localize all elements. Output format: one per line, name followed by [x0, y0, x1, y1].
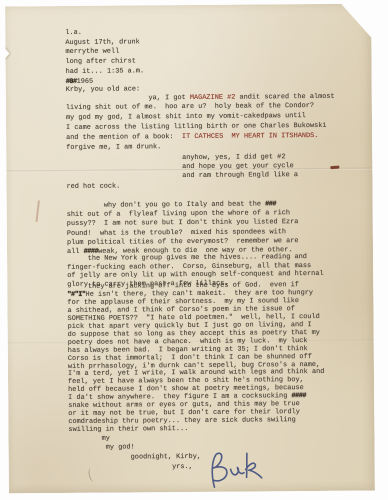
typed-text: forgive me, I am drunk.: [66, 143, 161, 152]
letter-paragraph-jacking: they are jacking off into the eyes of Go…: [67, 282, 325, 435]
typed-text: pussy?? I am not sure but I don't think …: [67, 219, 299, 229]
typed-text: of jelly are only lit up with enough sel…: [67, 270, 323, 280]
typed-text: August 17th, drunk: [65, 38, 139, 47]
typed-text: swilling in their own shit...: [68, 425, 188, 434]
letter-line: red hot cock.: [66, 182, 120, 192]
letter-paragraph-magazine: ya, I got MAGAZINE #2 andit scared the a…: [66, 92, 335, 154]
signature-buk: [202, 445, 269, 496]
typed-over-strikeout: ###: [265, 200, 276, 208]
letter-paragraph-italy: why don't you go to Italy and beat the #…: [67, 200, 299, 257]
letter-line: had it... 1:35 a.m.: [66, 67, 145, 77]
typed-text: and ram through Engld like a: [66, 172, 298, 182]
typed-text: yrs.,: [69, 463, 193, 472]
letter-line: and the mention of a book: IT CATHCES MY…: [66, 132, 335, 144]
typed-text: Krby, you old ace:: [66, 85, 140, 94]
typed-text: goodnight, Kirby,: [69, 453, 201, 462]
letter-closing: my god! goodnight, Kirby, yrs.,: [69, 442, 202, 473]
letter-line: yrs.,: [69, 462, 201, 473]
letter-text: l.a.August 17th, drunkmerrythe welllong …: [5, 4, 375, 494]
typed-text: had it... 1:35 a.m.: [66, 67, 145, 76]
typed-text: why don't you go to Italy and beat the: [67, 200, 266, 210]
letter-line-red-hot: red hot cock.: [66, 182, 120, 192]
typed-text: my god my god, I almost shit into my vom…: [66, 112, 306, 122]
typed-over-strikeout: "#"I": [67, 291, 85, 299]
typed-text: merrythe well: [65, 48, 119, 56]
typed-text: andit scared the almost: [235, 92, 334, 101]
letter-line: long after chirst: [66, 57, 145, 67]
red-typed-text: IT CATHCES MY HEART IN ITSHANDS.: [182, 132, 319, 141]
typed-text: ya, I got: [66, 93, 190, 102]
letter-line: forgive me, I am drunk.: [66, 142, 335, 154]
typed-text: Pound! what is the trouble? mixed his sp…: [67, 228, 286, 238]
typed-text: l.a.: [65, 29, 82, 37]
typed-text: long after chirst: [66, 58, 136, 67]
letter-header: l.a.August 17th, drunkmerrythe welllong …: [65, 28, 144, 87]
typed-text: red hot cock.: [66, 182, 120, 190]
letter-block-anyhow: anyhow, yes, I did get #2 and hope you g…: [66, 153, 298, 182]
letter-line: swilling in their own shit...: [68, 425, 324, 435]
typed-text: plum political tities of the everymost? …: [67, 237, 299, 247]
red-typed-text: MAGAZINE #2: [190, 93, 236, 101]
letter-line: l.a.: [65, 28, 144, 38]
typed-text: living shit out of me. hoo are u? holy b…: [66, 102, 314, 112]
letter-page: l.a.August 17th, drunkmerrythe welllong …: [5, 4, 375, 494]
typed-text: my god!: [69, 443, 135, 452]
typed-text: I came across the listing litling birth …: [66, 122, 327, 132]
letter-line: and ram through Engld like a: [66, 172, 298, 183]
typed-text: and the mention of a book:: [66, 133, 182, 142]
